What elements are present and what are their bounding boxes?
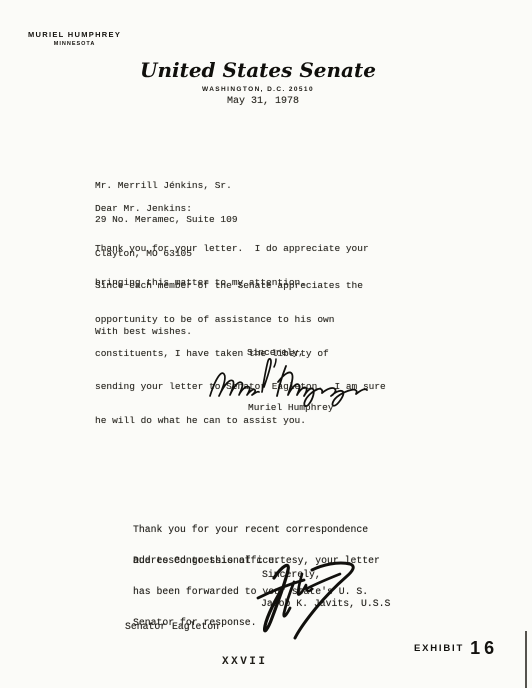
letterhead: United States Senate WASHINGTON, D.C. 20… [0, 58, 516, 93]
body-line: he will do what he can to assist you. [95, 415, 386, 426]
typed-signature-name: Muriel Humphrey [248, 402, 334, 413]
body-line: Thank you for your letter. I do apprecia… [95, 243, 369, 254]
exhibit-label: EXHIBIT [414, 643, 464, 654]
body-line: opportunity to be of assistance to his o… [95, 314, 386, 325]
sender-name: MURIEL HUMPHREY [28, 30, 121, 39]
letterhead-address: WASHINGTON, D.C. 20510 [0, 86, 516, 93]
letter-date: May 31, 1978 [227, 96, 299, 107]
jacob-javits-signature [246, 556, 372, 642]
page-edge-rule [525, 631, 527, 688]
page-number: XXVII [222, 656, 268, 668]
sender-state: MINNESOTA [28, 41, 121, 47]
senator-note: Senator Eagleton [125, 622, 219, 632]
scanned-letter-page: MURIEL HUMPHREY MINNESOTA United States … [0, 0, 532, 688]
recipient-line: Mr. Merrill Jénkins, Sr. [95, 180, 238, 191]
muriel-humphrey-signature [206, 354, 370, 408]
exhibit-number: 16 [470, 638, 498, 659]
salutation: Dear Mr. Jenkins: [95, 203, 192, 214]
note-line: Thank you for your recent correspondence [133, 525, 368, 535]
letterhead-title: United States Senate [0, 58, 516, 82]
closing-line: With best wishes. [95, 326, 192, 337]
exhibit-stamp: EXHIBIT 16 [414, 638, 498, 659]
body-line: Since each member of the Senate apprecia… [95, 280, 386, 291]
sender-block: MURIEL HUMPHREY MINNESOTA [28, 30, 121, 47]
